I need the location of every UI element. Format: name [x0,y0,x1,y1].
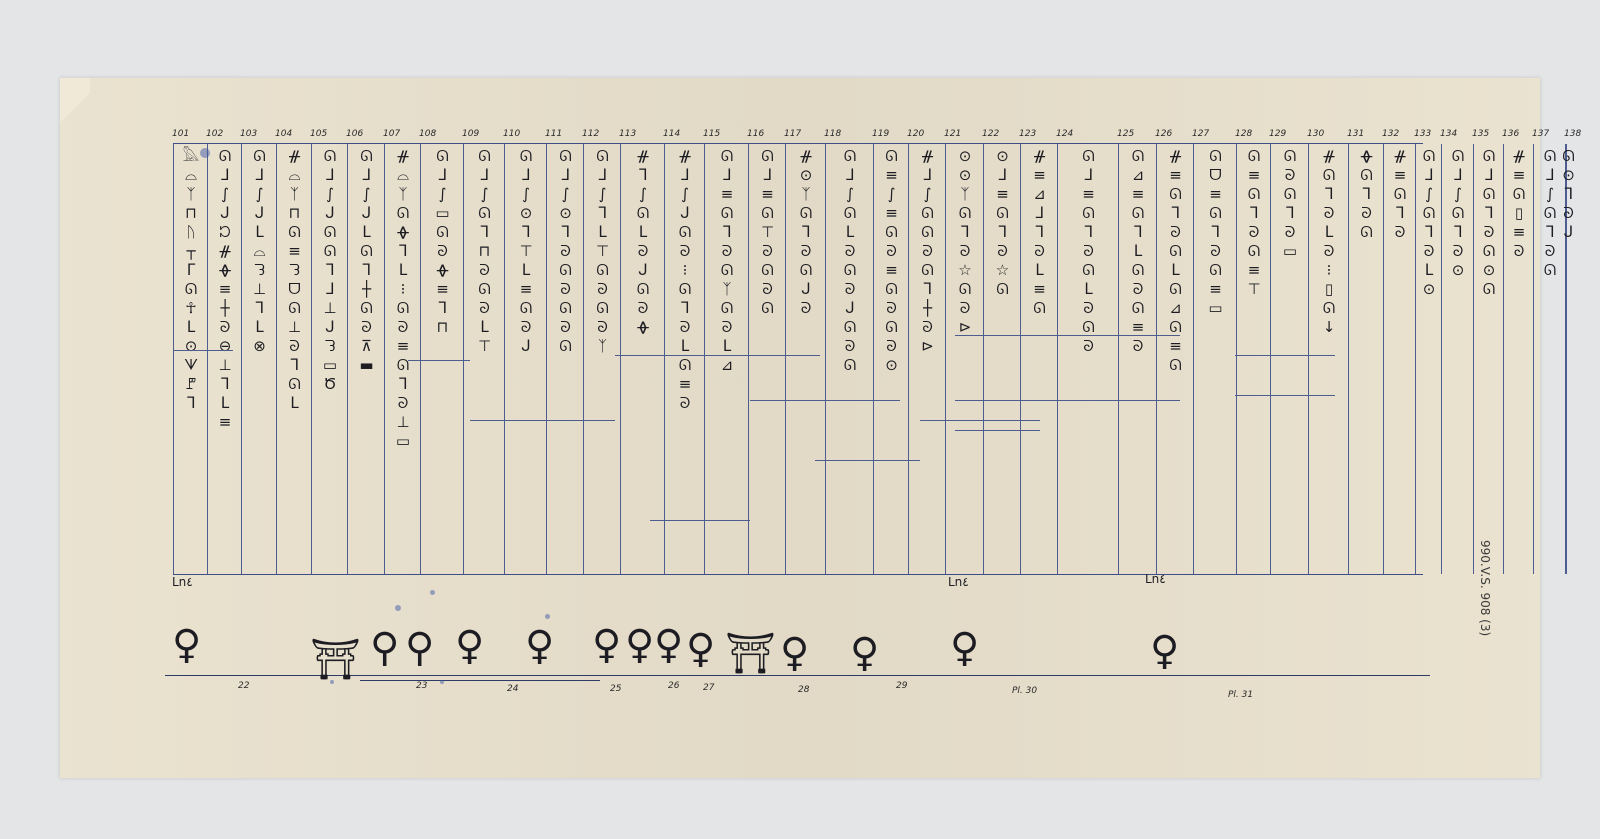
hieroglyph-sign: ⊿ [1169,300,1181,316]
hieroglyph-sign: ᚌ [1514,148,1524,164]
hieroglyph-sign: ᘏ [1483,186,1494,202]
glyph-column-102: 102ᘏᒧ∫ᒍᘰᚌᚖ≡┼ᘐ⊖⊥ᒣᒪ≡ [207,144,241,574]
hieroglyph-sign: ᘐ [1563,205,1573,221]
register-baseline [360,680,600,681]
grid-divider [955,430,1040,431]
hieroglyph-sign: ⊙ [1562,167,1574,183]
hieroglyph-sign: ᒧ [1084,167,1092,183]
hieroglyph-sign: ᘏ [288,376,299,392]
hieroglyph-sign: ᒣ [1171,205,1179,221]
hieroglyph-sign: ᘏ [360,148,371,164]
hieroglyph-sign: ᚖ [437,262,447,278]
hieroglyph-sign: ᘏ [1132,262,1143,278]
hieroglyph-sign: ᘏ [1513,186,1524,202]
hieroglyph-stack: ᘏᒧ∫ᒍᘰᚌᚖ≡┼ᘐ⊖⊥ᒣᒪ≡ [210,148,239,430]
hieroglyph-sign: ᒪ [187,319,194,335]
hieroglyph-stack: ᘏ≡∫≡ᘏᘐ≡ᘏᘐᘏᘐ⊙ [876,148,906,373]
plate-label: 26 [668,681,679,691]
hieroglyph-sign: ᘏ [921,205,932,221]
hieroglyph-sign: ᚌ [638,148,648,164]
glyph-column-121: 121⊙⊙ᛉᘏᒣᘐ☆ᘏᘐ⊳ [945,144,983,574]
glyph-column-137: 137ᘏᒧ∫ᘏᒣᘐᘏ [1533,144,1565,574]
hieroglyph-sign: ☆ [958,262,970,278]
hieroglyph-sign: ⊥ [253,281,265,297]
grid-divider [920,420,1040,421]
hieroglyph-sign: ᚌ [1395,148,1405,164]
hieroglyph-stack: ᚌᒧ∫ᒍᘏᘐ⁝ᘏᒣᘐᒪᘏ≡ᘐ [667,148,702,411]
plate-label: 27 [703,683,714,693]
hieroglyph-sign: ᒧ [1035,205,1043,221]
hieroglyph-sign: ᒣ [680,300,688,316]
hieroglyph-sign: ≡ [1513,224,1525,240]
caption-text: Ln٤ [948,575,969,589]
hieroglyph-stack: ⊙ᒧ≡ᘏᒣᘐ☆ᘏ [986,148,1018,297]
hieroglyph-sign: ⊙ [559,205,571,221]
column-number: 123 [1019,129,1036,139]
hieroglyph-sign: ᘏ [520,300,531,316]
glyph-column-108: 108ᘏᒧ∫▭ᘏᘐᚖ≡ᒣ⊓ [420,144,463,574]
hieroglyph-sign: ᒣ [1424,224,1432,240]
hieroglyph-sign: ᘏ [1544,262,1555,278]
hieroglyph-stack: ᘏ⊿≡ᘏᒣᒪᘏᘐᘏ≡ᘐ [1121,148,1154,354]
folded-corner [60,78,90,138]
hieroglyph-sign: ᛉ [722,281,730,297]
hieroglyph-sign: ⊳ [959,319,971,335]
hieroglyph-sign: ᒣ [1285,205,1293,221]
hieroglyph-sign: ᛉ [398,186,406,202]
standing-figure-icon: ♀ [525,623,554,669]
hieroglyph-sign: ᘐ [762,281,772,297]
hieroglyph-sign: ᒣ [998,224,1006,240]
hieroglyph-sign: ᒣ [1484,205,1492,221]
hieroglyph-sign: ▭ [396,433,409,449]
hieroglyph-stack: ᚌᒧ∫ᘏᘏᘐᘏᒣ┼ᘐ⊳ [911,148,943,354]
hieroglyph-sign: ▭ [1208,300,1221,316]
hieroglyph-sign: ᘏ [1544,148,1555,164]
grid-divider [408,360,470,361]
column-number: 108 [419,129,436,139]
hieroglyph-stack: ᘏᒧ≡ᘏ⊤ᘐᘏᘐᘏ [751,148,783,316]
hieroglyph-sign: 𓅓 [183,148,199,164]
hieroglyph-sign: ᘐ [479,300,489,316]
hieroglyph-sign: ᘐ [1424,243,1434,259]
ink-blot [200,148,210,158]
hieroglyph-sign: ⊥ [218,357,230,373]
hieroglyph-sign: ⊖ [219,338,231,354]
hieroglyph-sign: ᘐ [1083,338,1093,354]
hieroglyph-sign: ᒣ [638,167,646,183]
hieroglyph-sign: ▭ [1283,243,1296,259]
glyph-column-118: 118ᘏᒧ∫ᘏᒪᘐᘏᘐᒍᘏᘐᘏ [825,144,873,574]
hieroglyph-sign: ᒣ [480,224,488,240]
grid-divider [650,520,750,521]
caption-text: Ln٤ [172,575,193,589]
glyph-column-126: 126ᚌ≡ᘏᒣᘐᘏᒪᘏ⊿ᘏ≡ᘏ [1156,144,1193,574]
plate-label: Pl. 31 [1228,690,1253,700]
column-number: 105 [310,129,327,139]
glyph-column-122: 122⊙ᒧ≡ᘏᒣᘐ☆ᘏ [983,144,1020,574]
hieroglyph-sign: ᘏ [885,319,896,335]
hieroglyph-sign: ᘐ [1324,205,1334,221]
hieroglyph-sign: ≡ [721,186,733,202]
hieroglyph-sign: ᘏ [397,205,408,221]
hieroglyph-sign: ᒣ [1564,186,1572,202]
hieroglyph-stack: ᘏᒧ∫ᘏᒪᘐᘏᘐᒍᘏᘐᘏ [828,148,871,373]
hieroglyph-sign: ᚌ [801,148,811,164]
hieroglyph-sign: ⁝ [683,262,687,278]
hieroglyph-sign: ᒣ [438,300,446,316]
hieroglyph-sign: ᘏ [324,224,335,240]
standing-figure-icon: ♀ [654,622,683,668]
hieroglyph-stack: ᚌᘏᒣᘐᒪᘐ⁝▯ᘏ↓ [1311,148,1346,335]
hieroglyph-sign: ᘏ [559,262,570,278]
hieroglyph-sign: ᘐ [1361,205,1371,221]
hieroglyph-sign: ≡ [520,281,532,297]
hieroglyph-sign: ᒪ [399,262,406,278]
glyph-column-116: 116ᘏᒧ≡ᘏ⊤ᘐᘏᘐᘏ [748,144,785,574]
hieroglyph-sign: ᚖ [397,224,407,240]
hieroglyph-sign: ᒣ [398,243,406,259]
hieroglyph-sign: ▭ [435,205,448,221]
hieroglyph-sign: ᘏ [596,262,607,278]
hieroglyph-sign: ᘏ [885,148,896,164]
hieroglyph-sign: ᒧ [598,167,606,183]
hieroglyph-sign: ᘏ [1452,205,1463,221]
column-number: 112 [582,129,599,139]
glyph-column-113: 113ᚌᒣ∫ᘏᒪᘐᒍᘏᘐᚖ [620,144,664,574]
hieroglyph-sign: ┬ [186,243,194,259]
hieroglyph-sign: ᒪ [1134,243,1141,259]
hieroglyph-sign: ᘐ [1133,338,1143,354]
column-number: 133 [1414,129,1431,139]
hieroglyph-sign: ⌓ [289,167,300,183]
hieroglyph-sign: ᘏ [1284,148,1295,164]
hieroglyph-sign: ≡ [1169,167,1181,183]
hieroglyph-sign: ᚖ [637,319,647,335]
hieroglyph-sign: ᒪ [681,338,688,354]
column-number: 101 [172,129,189,139]
hieroglyph-sign: ≡ [288,243,300,259]
hieroglyph-sign: ᘐ [1324,243,1334,259]
hieroglyph-sign: ᒣ [923,281,931,297]
hieroglyph-sign: ᘏ [288,300,299,316]
hieroglyph-sign: ᘏ [324,148,335,164]
hieroglyph-sign: ᘐ [1395,224,1405,240]
hieroglyph-sign: ᚌ [1324,148,1334,164]
hieroglyph-stack: ᘏᒧ∫⊙ᒣ⊤ᒪ≡ᘏᘐᒍ [507,148,544,354]
glyph-column-106: 106ᘏᒧ∫ᒍᒪᘏᒣ┼ᘏᘐ⊼▬ [347,144,384,574]
hieroglyph-sign: ⊤ [519,243,531,259]
hieroglyph-sign: ᘏ [1394,186,1405,202]
glyph-column-128: 128ᘏ≡ᘏᒣᘐᘏ≡⊤ [1236,144,1270,574]
hieroglyph-sign: ᘏ [959,281,970,297]
hieroglyph-sign: ᘏ [1082,205,1093,221]
hieroglyph-sign: ≡ [1248,262,1260,278]
hieroglyph-sign: ᘐ [521,319,531,335]
hieroglyph-sign: ᘊ [254,262,264,278]
hieroglyph-sign: ᘏ [761,262,772,278]
hieroglyph-stack: ᚌ⌓ᛉ⊓ᘏ≡ᘊᗜᘏ⊥ᘐᒣᘏᒪ [279,148,309,411]
hieroglyph-sign: ⊿ [1033,186,1045,202]
hieroglyph-sign: ᘏ [1284,186,1295,202]
hieroglyph-sign: ᒧ [845,167,853,183]
hieroglyph-sign: ≡ [1209,186,1221,202]
hieroglyph-sign: ᒧ [998,167,1006,183]
glyph-column-123: 123ᚌ≡⊿ᒧᒣᘐᒪ≡ᘏ [1020,144,1057,574]
hieroglyph-sign: ᘏ [1360,224,1371,240]
hieroglyph-sign: ᘏ [761,205,772,221]
hieroglyph-sign: ᒧ [680,167,688,183]
hieroglyph-sign: ᒍ [638,262,646,278]
ink-blot [430,590,435,595]
hieroglyph-sign: ᘐ [922,319,932,335]
hieroglyph-sign: ᘐ [1285,224,1295,240]
hieroglyph-sign: ᒧ [255,167,263,183]
column-number: 121 [944,129,961,139]
hieroglyph-sign: ᘐ [361,319,371,335]
hieroglyph-stack: ᘏᒧ∫ᘏᒣ⊓ᘐᘏᘐᒪ⊤ [466,148,502,354]
hieroglyph-sign: ᘏ [1169,243,1180,259]
hieroglyph-sign: ᘏ [761,148,772,164]
hieroglyph-sign: ᘏ [921,224,932,240]
hieroglyph-sign: ⊳ [921,338,933,354]
column-number: 132 [1382,129,1399,139]
hieroglyph-sign: ᘐ [398,395,408,411]
hieroglyph-sign: ᚖ [219,262,229,278]
hieroglyph-sign: ᘏ [1323,300,1334,316]
hieroglyph-sign: ᒍ [680,205,688,221]
hieroglyph-sign: ᘐ [680,319,690,335]
hieroglyph-sign: ≡ [1209,281,1221,297]
hieroglyph-sign: ᒣ [186,395,194,411]
hieroglyph-sign: ᘏ [1132,300,1143,316]
standing-figure-icon: ♀ [1150,628,1179,674]
hieroglyph-sign: ┼ [220,300,228,316]
column-number: 137 [1532,129,1549,139]
hieroglyph-sign: ᛉ [186,186,194,202]
hieroglyph-sign: ᘐ [479,262,489,278]
column-number: 104 [275,129,292,139]
hieroglyph-sign: ⊼ [361,338,371,354]
hieroglyph-sign: ᘐ [398,319,408,335]
hieroglyph-sign: ᒣ [290,357,298,373]
hieroglyph-sign: ≡ [1248,167,1260,183]
hieroglyph-sign: ∫ [481,186,488,202]
plate-label: 29 [896,681,907,691]
hieroglyph-sign: ≡ [219,281,231,297]
glyph-column-134: 134ᘏᒧ∫ᘏᒣᘐ⊙ [1441,144,1473,574]
column-number: 135 [1472,129,1489,139]
hieroglyph-sign: ᘐ [680,395,690,411]
archive-reference-note: 990.V.S. 908 (3) [1478,540,1492,636]
hieroglyph-sign: ᘏ [360,300,371,316]
hieroglyph-sign: ≡ [436,281,448,297]
hieroglyph-sign: ᘏ [596,300,607,316]
hieroglyph-sign: ᗐ [184,357,197,373]
hieroglyph-sign: ≡ [996,186,1008,202]
hieroglyph-sign: ↓ [1323,319,1335,335]
hieroglyph-sign: ᘏ [800,262,811,278]
hieroglyph-sign: ⊗ [253,338,265,354]
hieroglyph-sign: ᘏ [721,148,732,164]
hieroglyph-sign: ┼ [923,300,931,316]
hieroglyph-sign: ᘏ [1423,148,1434,164]
hieroglyph-sign: ᘐ [997,243,1007,259]
hieroglyph-sign: ≡ [885,167,897,183]
hieroglyph-sign: ᒍ [521,338,529,354]
hieroglyph-sign: ⁝ [1327,262,1331,278]
hieroglyph-sign: ᘐ [638,243,648,259]
hieroglyph-sign: ᘏ [996,205,1007,221]
hieroglyph-sign: ᘐ [886,300,896,316]
hieroglyph-sign: ᘐ [1249,224,1259,240]
hieroglyph-sign: ᒣ [255,300,263,316]
hieroglyph-sign: ⊙ [1452,262,1464,278]
hieroglyph-sign: ᒣ [960,224,968,240]
column-number: 134 [1440,129,1457,139]
hieroglyph-sign: ᘐ [801,243,811,259]
hieroglyph-sign: ᘏ [637,281,648,297]
hieroglyph-sign: ᘐ [289,338,299,354]
grid-divider [615,355,820,356]
hieroglyph-sign: ᘏ [844,357,855,373]
hieroglyph-sign: ≡ [1132,319,1144,335]
glyph-column-136: 136ᚌ≡ᘏ▯≡ᘐ [1503,144,1533,574]
hieroglyph-sign: ᛉ [960,186,968,202]
hieroglyph-sign: ᒧ [1545,167,1553,183]
hieroglyph-stack: ᘏᒧ∫ᒍᒪᘏᒣ┼ᘏᘐ⊼▬ [350,148,382,373]
hieroglyph-sign: ᒧ [722,167,730,183]
hieroglyph-sign: ᘏ [1169,281,1180,297]
hieroglyph-sign: ᘏ [1248,243,1259,259]
hieroglyph-sign: ᘐ [1453,243,1463,259]
standing-figure-icon: ⛩ [310,636,361,683]
hieroglyph-sign: ᒣ [1133,224,1141,240]
hieroglyph-sign: ᚌ [1034,148,1044,164]
hieroglyph-sign: ᒣ [1035,224,1043,240]
hieroglyph-sign: ᘏ [478,281,489,297]
hieroglyph-sign: ᘏ [721,262,732,278]
hieroglyph-sign: ᒍ [325,319,333,335]
glyph-column-125: 125ᘏ⊿≡ᘏᒣᒪᘏᘐᘏ≡ᘐ [1118,144,1156,574]
hieroglyph-sign: ᒪ [639,224,646,240]
hieroglyph-sign: ᘏ [1132,205,1143,221]
standing-figure-icon: ♀ [780,630,809,676]
hieroglyph-sign: ᒣ [1084,224,1092,240]
hieroglyph-sign: ᒪ [1084,281,1091,297]
hieroglyph-sign: ⊤ [1247,281,1259,297]
hieroglyph-sign: ᘏ [1323,167,1334,183]
hieroglyph-sign: ⊤ [596,243,608,259]
hieroglyph-sign: ᘐ [762,243,772,259]
column-number: 131 [1347,129,1364,139]
hieroglyph-sign: ᘐ [1083,243,1093,259]
hieroglyph-sign: ᘏ [679,357,690,373]
hieroglyph-sign: ᒣ [362,262,370,278]
hieroglyph-sign: ᗜ [288,281,299,297]
standing-figure-icon: ⚲ [405,625,434,671]
glyph-column-107: 107ᚌ⌓ᛉᘏᚖᒣᒪ⁝ᘏᘐ≡ᘏᒣᘐ⊥▭ [384,144,420,574]
hieroglyph-sign: ᒧ [923,167,931,183]
hieroglyph-sign: ᗜ [1209,167,1220,183]
hieroglyph-stack: ᚌ≡ᘏᒣᘐᘏᒪᘏ⊿ᘏ≡ᘏ [1159,148,1191,373]
column-number: 119 [872,129,889,139]
hieroglyph-sign: ⊙ [959,148,971,164]
hieroglyph-sign: ᘏ [761,300,772,316]
hieroglyph-sign: ᒪ [522,262,529,278]
hieroglyph-sign: ᘏ [1483,243,1494,259]
hieroglyph-sign: ᚌ [922,148,932,164]
hieroglyph-sign: ᒍ [362,205,370,221]
grid-divider [955,400,1180,401]
column-number: 116 [747,129,764,139]
hieroglyph-sign: ∫ [221,186,228,202]
hieroglyph-sign: ᘏ [1033,300,1044,316]
hieroglyph-sign: ᘏ [360,243,371,259]
hieroglyph-sign: ᘏ [559,300,570,316]
hieroglyph-sign: ᒣ [1545,224,1553,240]
hieroglyph-sign: ᒣ [398,376,406,392]
hieroglyph-stack: ᚌ≡⊿ᒧᒣᘐᒪ≡ᘏ [1023,148,1055,316]
hieroglyph-sign: ⁝ [401,281,405,297]
hieroglyph-sign: ᘏ [721,300,732,316]
caption-text: Ln٤ [1145,572,1166,586]
hieroglyph-stack: ᚌ≡ᘏ▯≡ᘐ [1506,148,1531,259]
hieroglyph-sign: ≡ [397,338,409,354]
hieroglyph-sign: ᒪ [1171,262,1178,278]
hieroglyph-sign: ∫ [681,186,688,202]
hieroglyph-sign: ᒍ [1564,224,1572,240]
standing-figure-icon: ♀ [625,622,654,668]
hieroglyph-sign: ᘏ [520,148,531,164]
column-number: 111 [545,129,562,139]
hieroglyph-sign: ᒣ [1453,224,1461,240]
hieroglyph-sign: ᒧ [480,167,488,183]
hieroglyph-sign: ≡ [1033,281,1045,297]
hieroglyph-sign: ⊙ [996,148,1008,164]
grid-divider [815,460,920,461]
standing-figure-icon: ♀ [850,630,879,676]
hieroglyph-sign: ᘐ [597,319,607,335]
hieroglyph-sign: ᘏ [436,224,447,240]
glyph-column-103: 103ᘏᒧ∫ᒍᒪ⌓ᘊ⊥ᒣᒪ⊗ [241,144,276,574]
glyph-column-104: 104ᚌ⌓ᛉ⊓ᘏ≡ᘊᗜᘏ⊥ᘐᒣᘏᒪ [276,144,311,574]
hieroglyph-sign: ᒪ [255,319,262,335]
hieroglyph-sign: ᘏ [1169,319,1180,335]
column-number: 113 [619,129,636,139]
hieroglyph-sign: ᘏ [721,205,732,221]
hieroglyph-sign: ∫ [562,186,569,202]
hieroglyph-sign: ⊓ [185,205,196,221]
hieroglyph-sign: ᛉ [801,186,809,202]
hieroglyph-sign: ᚌ [220,243,230,259]
hieroglyph-sign: ᘏ [996,281,1007,297]
hieroglyph-sign: ᘏ [397,300,408,316]
glyph-column-135: 135ᘏᒧᘏᒣᘐᘏ⊙ᘏ [1473,144,1503,574]
hieroglyph-stack: ᘏᒧ∫ᒣᒪ⊤ᘏᘐᘏᘐᛉ [586,148,618,354]
glyph-column-109: 109ᘏᒧ∫ᘏᒣ⊓ᘐᘏᘐᒪ⊤ [463,144,504,574]
hieroglyph-sign: ∫ [363,186,370,202]
hieroglyph-sign: ≡ [1082,186,1094,202]
glyph-column-124: 124ᘏᒧ≡ᘏᒣᘐᘏᒪᘐᘏᘐ [1057,144,1118,574]
column-number: 120 [907,129,924,139]
hieroglyph-sign: ᘏ [1423,205,1434,221]
hieroglyph-sign: ᘰ [219,224,229,240]
standing-figure-icon: ⚲ [370,625,399,671]
hieroglyph-sign: ᘏ [596,148,607,164]
hieroglyph-sign: ᘏ [1248,186,1259,202]
hieroglyph-sign: ᚌ [289,148,299,164]
